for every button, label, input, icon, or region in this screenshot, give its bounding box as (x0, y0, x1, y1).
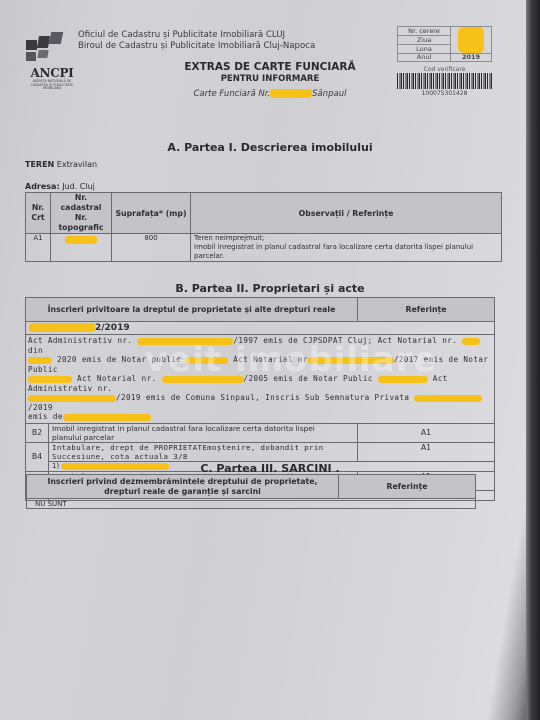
entry-header-suffix: 2/2019 (95, 323, 130, 333)
adresa-line: Adresa: Jud. Cluj (25, 182, 95, 191)
section-a-table: Nr. Crt Nr. cadastral Nr. topografic Sup… (25, 192, 502, 262)
request-label: Nr. cerere (398, 27, 451, 36)
redaction (186, 357, 228, 364)
adresa-value: Jud. Cluj (62, 182, 95, 191)
cod-verificare-label: Cod verificare (397, 66, 492, 73)
entry-header-row: 2/2019 (26, 322, 495, 335)
redaction (378, 376, 428, 383)
row-text: Imobil inregistrat in planul cadastral f… (49, 423, 358, 442)
redaction-request (458, 27, 484, 53)
redacted-request-values (451, 27, 492, 54)
obs-line-2: Imobil inregistrat in planul cadastral f… (194, 243, 498, 261)
table-edge (526, 0, 540, 720)
redaction (137, 338, 233, 345)
table-row: NU SUNT (27, 499, 476, 509)
document-sheet: ANCPI AGENȚIA NAȚIONALĂ DE CADASTRU ȘI P… (0, 0, 525, 720)
teren-line: TEREN Extravilan (25, 160, 97, 169)
redaction (28, 357, 52, 364)
col-nr-crt: Nr. Crt (26, 193, 51, 234)
cf-prefix: Carte Funciară Nr. (193, 89, 270, 99)
redaction-cadastral (65, 236, 97, 244)
redaction (462, 338, 480, 345)
section-a-heading: A. Partea I. Descrierea imobilului (0, 141, 540, 154)
redaction (63, 414, 151, 421)
teren-label: TEREN (25, 160, 54, 169)
request-info-table: Nr. cerere Ziua Luna Anul2019 (397, 26, 492, 62)
row-ref: A1 (358, 423, 495, 442)
request-year: 2019 (451, 54, 492, 62)
cf-locality: Sânpaul (312, 89, 346, 99)
redaction-entry-number (29, 323, 95, 332)
office-line-2: Biroul de Cadastru și Publicitate Imobil… (78, 41, 315, 52)
row-observatii: Teren neimprejmuit; Imobil inregistrat i… (191, 234, 502, 262)
section-b-header-row: Înscrieri privitoare la dreptul de propr… (26, 298, 495, 322)
col-observatii: Observații / Referințe (191, 193, 502, 234)
section-b-heading: B. Partea II. Proprietari și acte (0, 282, 540, 295)
acts-text: Act Administrativ nr. /1997 emis de CJPS… (26, 335, 495, 424)
col-suprafata: Suprafața* (mp) (112, 193, 191, 234)
request-label: Anul (398, 54, 451, 62)
table-row: A1 800 Teren neimprejmuit; Imobil inregi… (26, 234, 502, 262)
sarcini-value: NU SUNT (27, 499, 476, 509)
redaction (308, 357, 394, 364)
col-referinte: Referințe (358, 298, 495, 322)
acts-line: 2020 emis de Notar public Act Notarial n… (28, 355, 492, 374)
row-cadastral (51, 234, 112, 262)
redaction-cf-number (270, 89, 312, 98)
request-row: Nr. cerere (398, 27, 492, 36)
col-nr-cadastral: Nr. cadastral Nr. topografic (51, 193, 112, 234)
request-row: Anul2019 (398, 54, 492, 62)
acts-line: Act Notarial nr. /2005 emis de Notar Pub… (28, 374, 492, 393)
row-text: Intabulare, drept de PROPRIETATEmoștenir… (49, 442, 358, 461)
table-row: B4 Intabulare, drept de PROPRIETATEmoște… (26, 442, 495, 461)
office-block: Oficiul de Cadastru și Publicitate Imobi… (78, 30, 315, 52)
barcode-icon (397, 73, 492, 89)
barcode-number: 100075301428 (397, 90, 492, 97)
row-nr: A1 (26, 234, 51, 262)
row-nr: B2 (26, 423, 49, 442)
row-ref: A1 (358, 442, 495, 461)
acts-line: Act Administrativ nr. /1997 emis de CJPS… (28, 336, 492, 355)
col-referinte: Referințe (339, 475, 476, 499)
adresa-label: Adresa: (25, 182, 60, 191)
col-inscrieri-sarcini: Inscrieri privind dezmembrămintele drept… (27, 475, 339, 499)
obs-line-1: Teren neimprejmuit; (194, 234, 498, 243)
redaction (28, 395, 116, 402)
acts-row: Act Administrativ nr. /1997 emis de CJPS… (26, 335, 495, 424)
table-row: B2 Imobil inregistrat in planul cadastra… (26, 423, 495, 442)
acts-line: emis de (28, 412, 492, 422)
request-label: Ziua (398, 36, 451, 45)
teren-value: Extravilan (57, 160, 97, 169)
redaction (414, 395, 482, 402)
acts-line: /2019 emis de Comuna Sinpaul, Inscris Su… (28, 393, 492, 412)
section-a-header-row: Nr. Crt Nr. cadastral Nr. topografic Sup… (26, 193, 502, 234)
office-line-1: Oficiul de Cadastru și Publicitate Imobi… (78, 30, 315, 41)
redaction (162, 376, 244, 383)
redaction (28, 376, 72, 383)
row-suprafata: 800 (112, 234, 191, 262)
section-c-table: Inscrieri privind dezmembrămintele drept… (26, 474, 476, 509)
col-inscrieri: Înscrieri privitoare la dreptul de propr… (26, 298, 358, 322)
entry-header: 2/2019 (26, 322, 495, 335)
section-c-header-row: Inscrieri privind dezmembrămintele drept… (27, 475, 476, 499)
